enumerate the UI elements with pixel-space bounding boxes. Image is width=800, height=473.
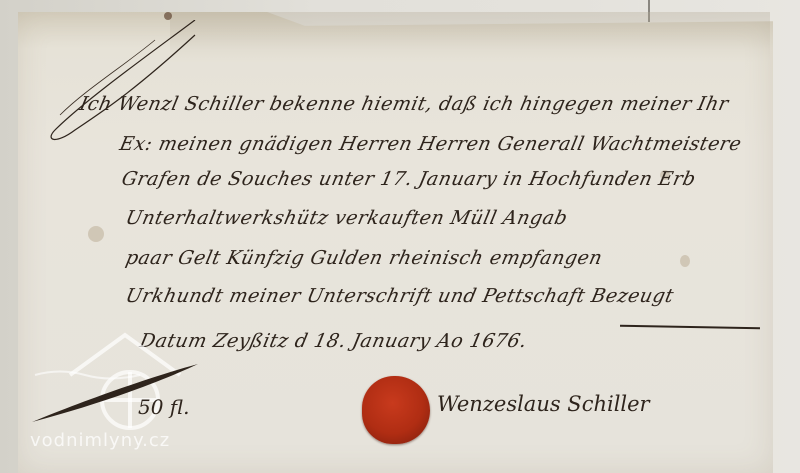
amount-text: 50 fl. [138,395,190,419]
text-line-2: Ex: meinen gnädigen Herren Herren Genera… [118,133,744,155]
signature: Wenzeslaus Schiller [437,392,650,416]
text-line-6: Urkhundt meiner Unterschrift und Pettsch… [124,285,676,307]
watermark-text: vodnimlyny.cz [30,430,170,451]
text-line-4: Unterhaltwerkshütz verkauften Müll Angab [124,207,570,229]
text-line-1: Ich Wenzl Schiller bekenne hiemit, daß i… [78,93,731,115]
text-line-3: Grafen de Souches unter 17. January in H… [120,168,698,190]
paper-fold-shadow [170,12,770,62]
wax-seal [362,376,430,444]
paper-stain [680,255,690,267]
paper-stain [88,226,104,242]
ink-spot [164,12,172,20]
text-line-5: paar Gelt Künfzig Gulden rheinisch empfa… [124,247,605,269]
